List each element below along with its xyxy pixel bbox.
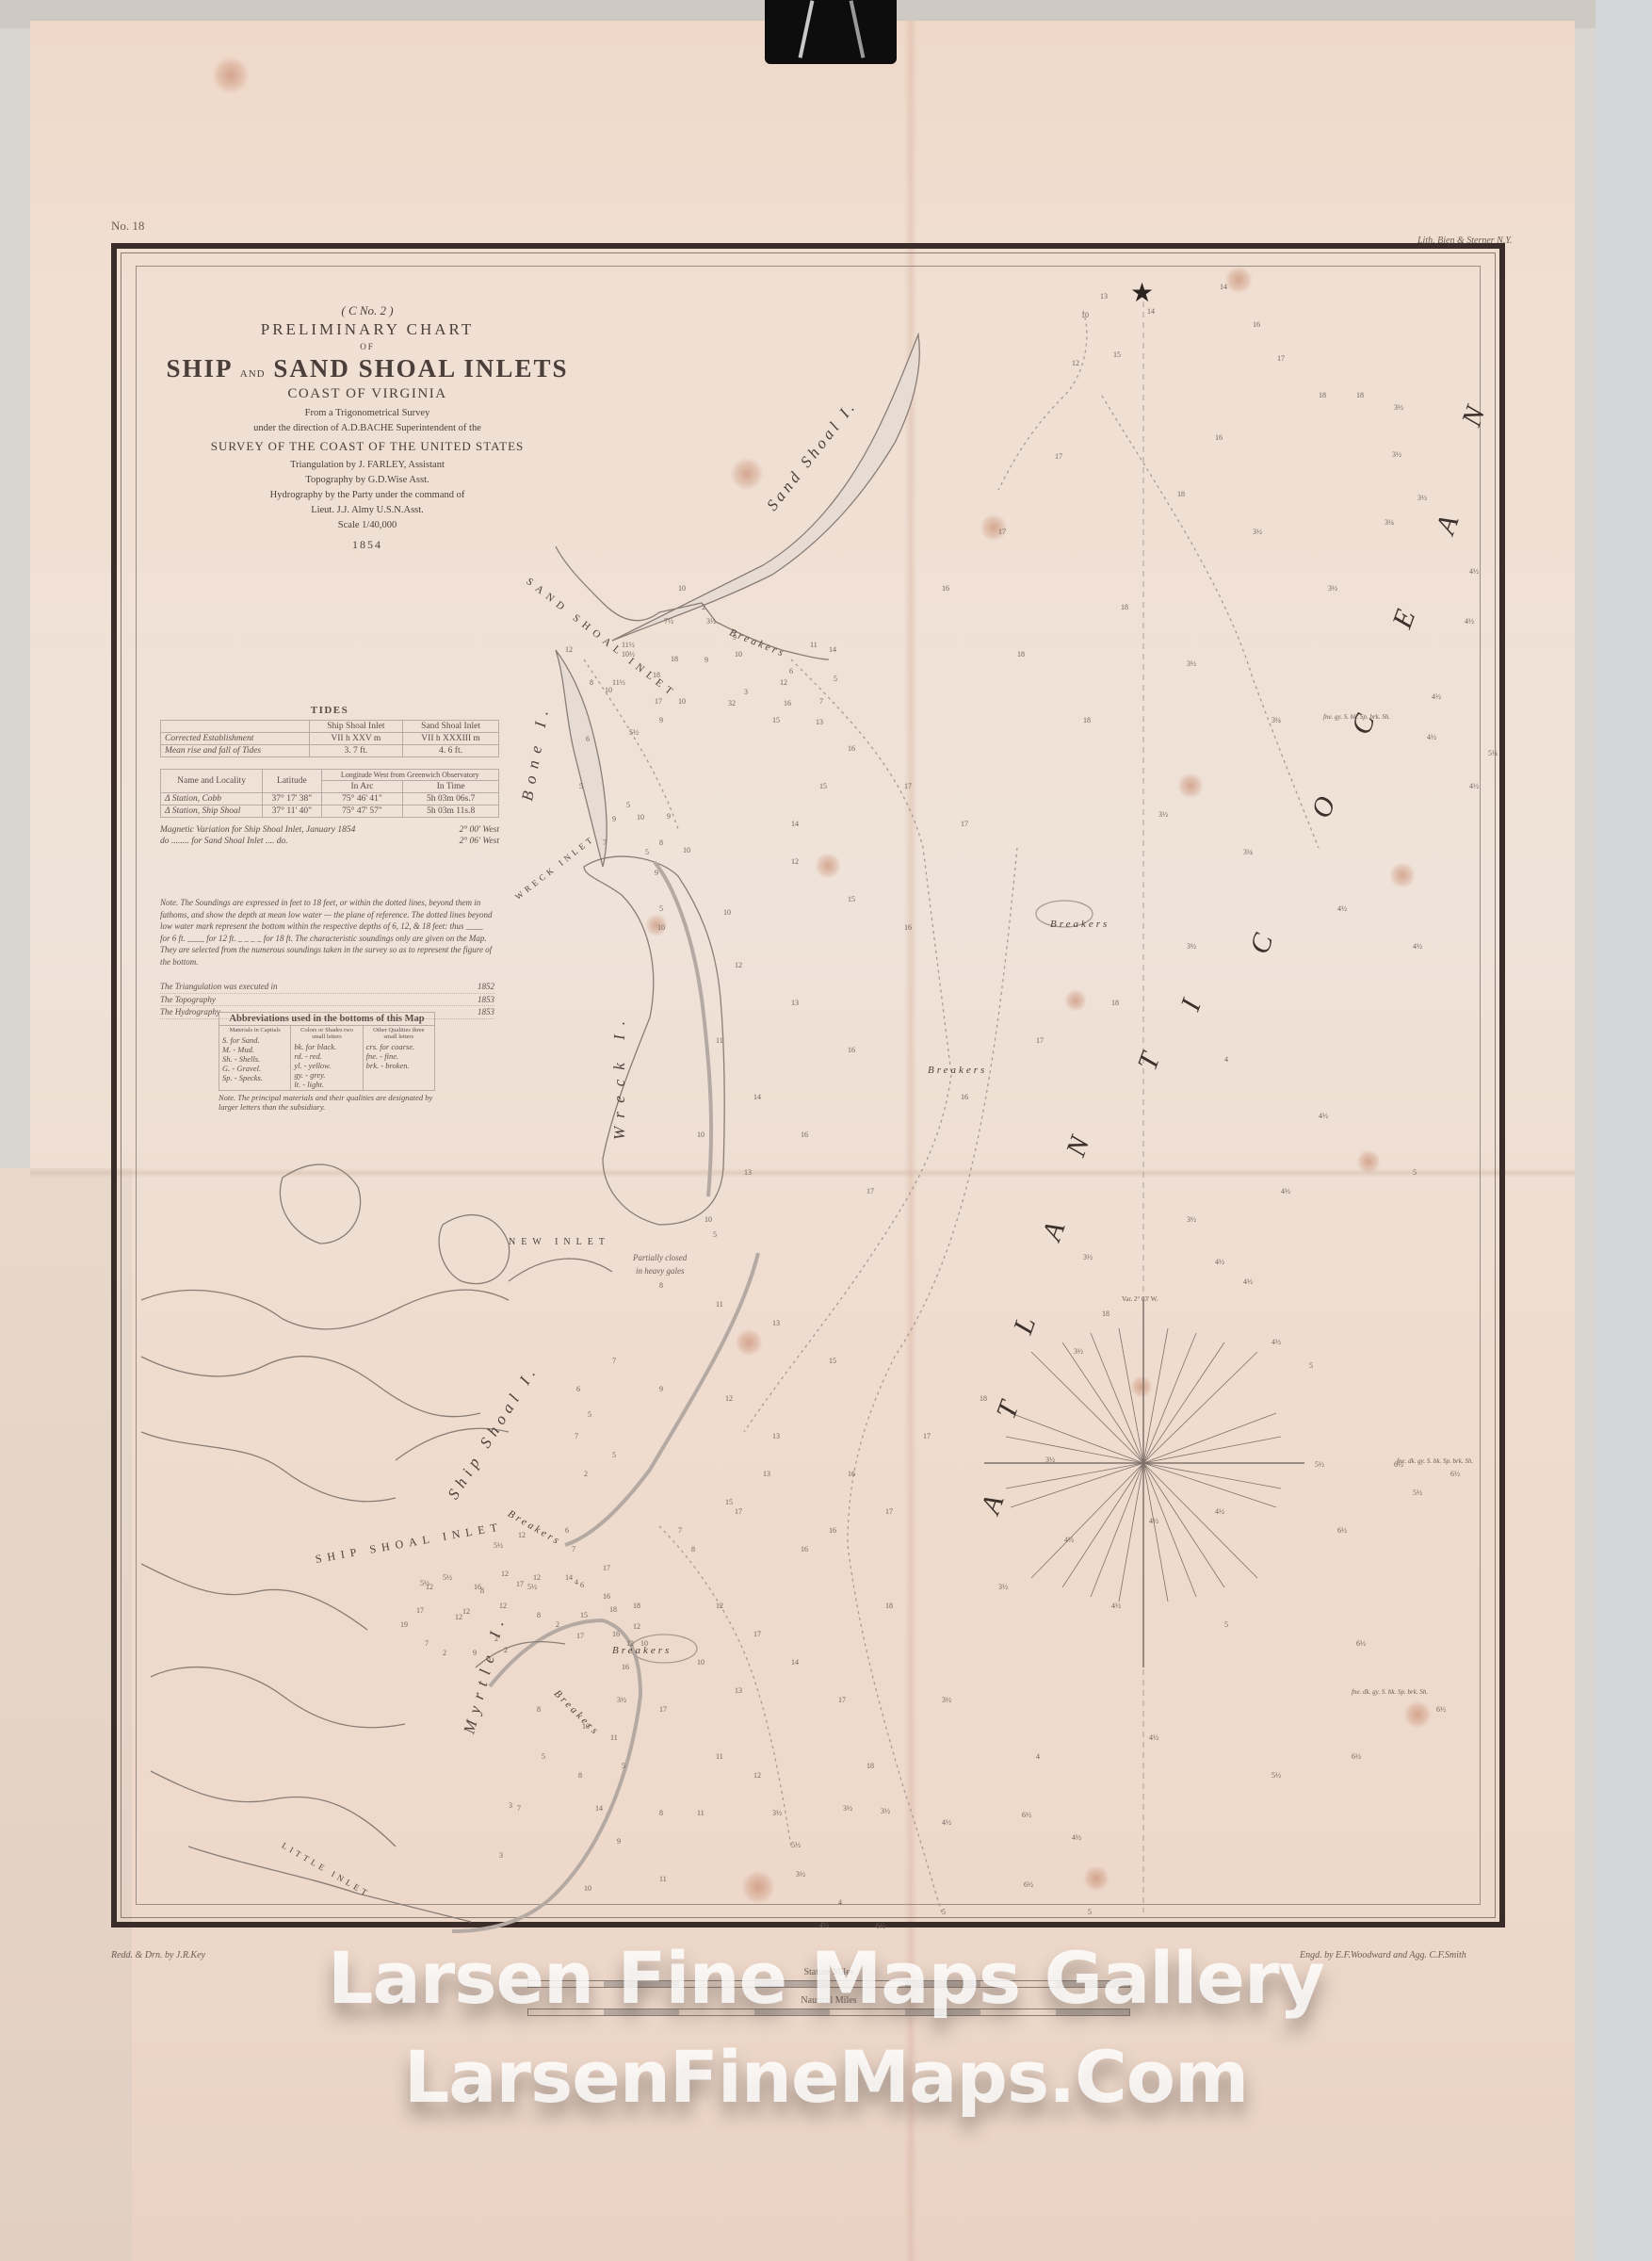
depth-sounding: 5 xyxy=(579,782,583,790)
depth-sounding: 13 xyxy=(744,1168,752,1177)
depth-sounding: 17 xyxy=(576,1632,584,1640)
depth-sounding: 10 xyxy=(683,846,690,854)
depth-sounding: 9 xyxy=(705,656,708,664)
depth-sounding: 18 xyxy=(1319,391,1326,399)
depth-sounding: 4½ xyxy=(1432,692,1441,701)
depth-sounding: 16 xyxy=(829,1526,836,1535)
depth-sounding: 14 xyxy=(829,645,836,654)
depth-sounding: 9 xyxy=(659,1385,663,1393)
depth-sounding: 17 xyxy=(998,528,1006,536)
depth-sounding: 3½ xyxy=(1074,1347,1083,1356)
depth-sounding: 16 xyxy=(622,1663,629,1671)
station-star-icon: ★ xyxy=(1130,277,1154,309)
depth-sounding: 6½ xyxy=(1337,1526,1347,1535)
depth-sounding: 16 xyxy=(848,1470,855,1478)
depth-sounding: 16 xyxy=(942,584,949,593)
depth-sounding: 3½ xyxy=(881,1807,890,1815)
label-heavy-gales: in heavy gales xyxy=(636,1266,684,1276)
depth-sounding: 4½ xyxy=(1465,617,1474,626)
depth-sounding: 16 xyxy=(612,1630,620,1638)
depth-sounding: 11 xyxy=(659,1875,667,1883)
depth-sounding: 13 xyxy=(772,1319,780,1327)
depth-sounding: 11 xyxy=(716,1036,723,1045)
depth-sounding: 14 xyxy=(791,820,799,828)
depth-sounding: 4 xyxy=(838,1898,842,1907)
depth-sounding: 4½ xyxy=(1271,1338,1281,1346)
depth-sounding: 11½ xyxy=(622,641,635,649)
abbreviations-table: Abbreviations used in the bottoms of thi… xyxy=(219,1012,435,1112)
depth-sounding: 8 xyxy=(659,838,663,847)
depth-sounding: 17 xyxy=(904,782,912,790)
depth-sounding: 12 xyxy=(1072,359,1079,367)
depth-sounding: 18 xyxy=(980,1394,987,1403)
abbreviations-colors: Colors or Shades two small letters bk. f… xyxy=(291,1026,363,1090)
depth-sounding: 6½ xyxy=(1450,1470,1460,1478)
depth-sounding: 13 xyxy=(791,999,799,1007)
depth-sounding: 4½ xyxy=(1413,942,1422,951)
chart-title-part-a: SHIP xyxy=(167,354,233,382)
watermark-gallery-name: Larsen Fine Maps Gallery xyxy=(0,1936,1652,2020)
depth-sounding: 8 xyxy=(590,678,593,687)
depth-sounding: 13 xyxy=(763,1470,770,1478)
depth-sounding: 5½ xyxy=(494,1541,503,1550)
label-breakers: Breakers xyxy=(928,1065,987,1076)
depth-sounding: 10 xyxy=(678,697,686,706)
depth-sounding: 5¼ xyxy=(1488,749,1498,757)
depth-sounding: 3½ xyxy=(796,1870,805,1879)
depth-sounding: 11½ xyxy=(612,678,625,687)
stations-col-latitude: Latitude xyxy=(263,770,321,793)
depth-sounding: 5 xyxy=(542,1752,545,1761)
depth-sounding: 7 xyxy=(612,1357,616,1365)
depth-sounding: 15 xyxy=(580,1611,588,1619)
depth-sounding: 6 xyxy=(576,1385,580,1393)
depth-sounding: 17 xyxy=(838,1696,846,1704)
depth-sounding: 8 xyxy=(537,1705,541,1714)
depth-sounding: 16 xyxy=(801,1130,808,1139)
depth-sounding: 4½ xyxy=(1149,1733,1158,1742)
depth-sounding: 6½ xyxy=(1436,1705,1446,1714)
depth-sounding: 16 xyxy=(848,744,855,753)
depth-sounding: 18 xyxy=(866,1762,874,1770)
depth-sounding: 8 xyxy=(691,1545,695,1553)
stations-col-time: In Time xyxy=(403,781,499,793)
label-wreck-island: Wreck I. xyxy=(610,1012,629,1140)
depth-sounding: 3½ xyxy=(998,1583,1008,1591)
depth-sounding: 4½ xyxy=(1149,1517,1158,1525)
depth-sounding: 5½ xyxy=(1413,1488,1422,1497)
depth-sounding: 13 xyxy=(816,718,823,726)
table-row: Δ Station, Ship Shoal 37° 11' 40" 75° 47… xyxy=(161,805,499,818)
depth-sounding: 6½ xyxy=(1024,1880,1033,1889)
depth-sounding: 32 xyxy=(728,699,736,708)
label-bottom-quality: fne. dk. gy. S. bk. Sp. brk. Sh. xyxy=(1397,1457,1473,1465)
depth-sounding: 15 xyxy=(829,1357,836,1365)
depth-sounding: 6 xyxy=(789,667,793,675)
depth-sounding: 5½ xyxy=(527,1583,537,1591)
depth-sounding: 17 xyxy=(416,1606,424,1615)
depth-sounding: 8 xyxy=(578,1771,582,1780)
depth-sounding: 16 xyxy=(603,1592,610,1601)
depth-sounding: 7 xyxy=(572,1545,575,1553)
depth-sounding: 5 xyxy=(834,675,837,683)
depth-sounding: 13 xyxy=(1100,292,1108,301)
depth-sounding: 16 xyxy=(848,1046,855,1054)
survey-date-row: The Topography1853 xyxy=(160,994,494,1007)
depth-sounding: 17 xyxy=(655,697,662,706)
depth-sounding: 3½ xyxy=(1394,403,1403,412)
depth-sounding: 6 xyxy=(565,1526,569,1535)
depth-sounding: 3½ xyxy=(843,1804,852,1813)
depth-sounding: 12 xyxy=(455,1613,462,1621)
depth-sounding: 12 xyxy=(565,645,573,654)
depth-sounding: 3½ xyxy=(1158,810,1168,819)
depth-sounding: 12 xyxy=(426,1583,433,1591)
tides-establishment-table: Ship Shoal Inlet Sand Shoal Inlet Correc… xyxy=(160,720,499,757)
topography-credit: Topography by G.D.Wise Asst. xyxy=(151,475,584,485)
depth-sounding: 15 xyxy=(848,895,855,903)
title-of: OF xyxy=(151,342,584,351)
depth-sounding: 6½ xyxy=(1356,1639,1366,1648)
depth-sounding: 17 xyxy=(923,1432,931,1440)
depth-sounding: 11 xyxy=(716,1300,723,1309)
label-partially-closed: Partially closed xyxy=(633,1253,687,1262)
label-breakers: Breakers xyxy=(1050,919,1109,930)
depth-sounding: 15 xyxy=(819,782,827,790)
depth-sounding: 14 xyxy=(1220,283,1227,291)
depth-sounding: 3½ xyxy=(1187,659,1196,668)
tides-col-sand: Sand Shoal Inlet xyxy=(403,721,499,733)
depth-sounding: 3 xyxy=(499,1851,503,1860)
depth-sounding: 7 xyxy=(603,838,607,847)
watermark-website: LarsenFineMaps.Com xyxy=(0,2035,1652,2119)
depth-sounding: 17 xyxy=(1055,452,1062,461)
depth-sounding: 18 xyxy=(1177,490,1185,498)
table-row: Δ Station, Cobb 37° 17' 38" 75° 46' 41" … xyxy=(161,793,499,805)
depth-sounding: 5 xyxy=(1224,1620,1228,1629)
depth-sounding: 5 xyxy=(1413,1168,1417,1177)
depth-sounding: 18 xyxy=(1111,999,1119,1007)
depth-sounding: 11 xyxy=(697,1809,705,1817)
magnetic-variation-row: Magnetic Variation for Ship Shoal Inlet,… xyxy=(160,825,499,835)
depth-sounding: 10 xyxy=(723,908,731,917)
chart-title: SHIP AND SAND SHOAL INLETS xyxy=(151,354,584,383)
depth-sounding: 14 xyxy=(1147,307,1155,316)
survey-direction: under the direction of A.D.BACHE Superin… xyxy=(151,423,584,433)
depth-sounding: 18 xyxy=(1102,1309,1109,1318)
depth-sounding: 2 xyxy=(494,1635,498,1643)
depth-sounding: 5½ xyxy=(443,1573,452,1582)
depth-sounding: 4½ xyxy=(1215,1258,1224,1266)
depth-sounding: 16 xyxy=(1253,320,1260,329)
depth-sounding: 2 xyxy=(702,603,705,611)
tides-heading: TIDES xyxy=(160,705,499,716)
depth-sounding: 3½ xyxy=(1083,1253,1093,1261)
depth-sounding: 3½ xyxy=(772,1809,782,1817)
depth-sounding: 5½ xyxy=(791,1841,801,1849)
depth-sounding: 4½ xyxy=(1215,1507,1224,1516)
depth-sounding: 16 xyxy=(1215,433,1223,442)
depth-sounding: 6 xyxy=(586,735,590,743)
depth-sounding: 10 xyxy=(735,650,742,659)
depth-sounding: 11 xyxy=(810,641,818,649)
soundings-note: Note. The Soundings are expressed in fee… xyxy=(160,897,494,1019)
tides-table: TIDES Ship Shoal Inlet Sand Shoal Inlet … xyxy=(160,705,499,846)
depth-sounding: 15 xyxy=(725,1498,733,1506)
depth-sounding: 15 xyxy=(772,716,780,724)
depth-sounding: 7½ xyxy=(664,617,673,626)
depth-sounding: 12 xyxy=(462,1607,470,1616)
depth-sounding: 3½ xyxy=(617,1696,626,1704)
depth-sounding: 5 xyxy=(659,904,663,913)
depth-sounding: 9 xyxy=(612,815,616,823)
depth-sounding: 13 xyxy=(772,1432,780,1440)
label-magnetic-variation: Var. 2° 03' W. xyxy=(1122,1295,1158,1303)
depth-sounding: 17 xyxy=(735,1507,742,1516)
depth-sounding: 2 xyxy=(504,1646,508,1654)
depth-sounding: 3½ xyxy=(1328,584,1337,593)
depth-sounding: 3¼ xyxy=(1271,716,1281,724)
depth-sounding: 8 xyxy=(659,1809,663,1817)
label-new-inlet: NEW INLET xyxy=(509,1237,610,1247)
depth-sounding: 5 xyxy=(622,1762,625,1770)
depth-sounding: 17 xyxy=(516,1580,524,1588)
depth-sounding: 12 xyxy=(735,961,742,969)
abbreviations-footnote: Note. The principal materials and their … xyxy=(219,1093,435,1112)
label-bottom-quality: fne. dk. gy. S. bk. Sp. brk. Sh. xyxy=(1352,1688,1428,1696)
survey-name: SURVEY OF THE COAST OF THE UNITED STATES xyxy=(151,439,584,454)
stations-col-arc: In Arc xyxy=(321,781,403,793)
depth-sounding: 3½ xyxy=(1417,494,1427,502)
depth-sounding: 12 xyxy=(518,1531,526,1539)
depth-sounding: 10 xyxy=(582,1722,590,1731)
depth-sounding: 19 xyxy=(400,1620,408,1629)
depth-sounding: 17 xyxy=(753,1630,761,1638)
depth-sounding: 14 xyxy=(565,1573,573,1582)
depth-sounding: 3¼ xyxy=(1385,518,1394,527)
depth-sounding: 5 xyxy=(588,1410,591,1419)
depth-sounding: 4½ xyxy=(1281,1187,1290,1196)
depth-sounding: 7 xyxy=(819,697,823,706)
depth-sounding: 7 xyxy=(575,1432,578,1440)
depth-sounding: 9 xyxy=(667,812,671,821)
stations-col-name: Name and Locality xyxy=(161,770,263,793)
hydrography-credit: Hydrography by the Party under the comma… xyxy=(151,490,584,500)
depth-sounding: 4½ xyxy=(1072,1833,1081,1842)
title-cartouche: ( C No. 2 ) PRELIMINARY CHART OF SHIP AN… xyxy=(151,303,584,552)
depth-sounding: 12 xyxy=(499,1602,507,1610)
depth-sounding: 18 xyxy=(1017,650,1025,659)
depth-sounding: 12 xyxy=(533,1573,541,1582)
table-row: Mean rise and fall of Tides 3. 7 ft. 4. … xyxy=(161,745,499,757)
depth-sounding: 4½ xyxy=(1064,1536,1074,1544)
depth-sounding: 10 xyxy=(637,813,644,821)
depth-sounding: 10 xyxy=(657,923,665,932)
depth-sounding: 2 xyxy=(443,1649,446,1657)
depth-sounding: 12 xyxy=(501,1570,509,1578)
compass-rose xyxy=(984,301,1304,1912)
tides-blank-header xyxy=(161,721,310,733)
depth-sounding: 5 xyxy=(942,1908,946,1916)
depth-sounding: 4½ xyxy=(1337,904,1347,913)
depth-sounding: 2 xyxy=(584,1470,588,1478)
depth-sounding: 3½ xyxy=(1045,1456,1055,1464)
depth-sounding: 10 xyxy=(678,584,686,593)
depth-sounding: 3½ xyxy=(942,1696,951,1704)
depth-sounding: 4½ xyxy=(1111,1602,1121,1610)
triangulation-credit: Triangulation by J. FARLEY, Assistant xyxy=(151,460,584,470)
depth-sounding: 9 xyxy=(733,633,737,642)
depth-sounding: 3¼ xyxy=(1243,848,1253,856)
depth-sounding: 5 xyxy=(1088,1908,1092,1916)
depth-sounding: 3½ xyxy=(1187,1215,1196,1224)
depth-sounding: 4 xyxy=(1224,1055,1228,1064)
depth-sounding: 3½ xyxy=(1392,450,1401,459)
depth-sounding: 7 xyxy=(425,1639,429,1648)
depth-sounding: 14 xyxy=(595,1804,603,1813)
depth-sounding: 10½ xyxy=(622,650,635,659)
depth-sounding: 9 xyxy=(617,1837,621,1846)
depth-sounding: 7 xyxy=(678,1526,682,1535)
survey-date-row: The Triangulation was executed in1852 xyxy=(160,981,494,994)
depth-sounding: 8 xyxy=(537,1611,541,1619)
depth-sounding: 4½ xyxy=(1427,733,1436,741)
commander-credit: Lieut. J.J. Almy U.S.N.Asst. xyxy=(151,505,584,515)
depth-sounding: 4½ xyxy=(1243,1277,1253,1286)
depth-sounding: 10 xyxy=(584,1884,591,1893)
depth-sounding: 16 xyxy=(961,1093,968,1101)
depth-sounding: 5½ xyxy=(629,728,639,737)
depth-sounding: 18 xyxy=(1121,603,1128,611)
depth-sounding: 18 xyxy=(1083,716,1091,724)
depth-sounding: 8 xyxy=(480,1586,484,1595)
depth-sounding: 10 xyxy=(1081,311,1089,319)
depth-sounding: 9 xyxy=(659,716,663,724)
depth-sounding: 17 xyxy=(1277,354,1285,363)
depth-sounding: 18 xyxy=(609,1605,617,1614)
abbreviations-materials: Materials in Capitals S. for Sand. M. - … xyxy=(219,1026,291,1090)
table-row: Corrected Establishment VII h XXV m VII … xyxy=(161,733,499,745)
depth-sounding: 13 xyxy=(735,1686,742,1695)
depth-sounding: 3½ xyxy=(1253,528,1262,536)
depth-sounding: 15 xyxy=(1113,350,1121,359)
depth-sounding: 16 xyxy=(784,699,791,708)
depth-sounding: 10 xyxy=(605,686,612,694)
depth-sounding: 4½ xyxy=(1469,567,1479,576)
depth-sounding: 12 xyxy=(626,1639,634,1648)
depth-sounding: 10 xyxy=(640,1639,648,1648)
depth-sounding: 6½ xyxy=(1394,1460,1403,1469)
depth-sounding: 12 xyxy=(791,857,799,866)
depth-sounding: 14 xyxy=(791,1658,799,1667)
depth-sounding: 3 xyxy=(744,688,748,696)
depth-sounding: 4½ xyxy=(1469,782,1479,790)
depth-sounding: 12 xyxy=(780,678,787,687)
depth-sounding: 18 xyxy=(1356,391,1364,399)
depth-sounding: 11 xyxy=(610,1733,618,1742)
scale-ratio: Scale 1/40,000 xyxy=(151,520,584,530)
chart-year: 1854 xyxy=(151,538,584,552)
depth-sounding: 8 xyxy=(659,1281,663,1290)
depth-sounding: 5 xyxy=(626,801,630,809)
depth-sounding: 17 xyxy=(603,1564,610,1572)
depth-sounding: 6½ xyxy=(876,1922,885,1930)
depth-sounding: 7 xyxy=(517,1804,521,1813)
depth-sounding: 17 xyxy=(866,1187,874,1196)
depth-sounding: 10 xyxy=(705,1215,712,1224)
depth-sounding: 10 xyxy=(697,1658,705,1667)
depth-sounding: 6 xyxy=(580,1581,584,1589)
depth-sounding: 12 xyxy=(716,1602,723,1610)
depth-sounding: 18 xyxy=(633,1602,640,1610)
depth-sounding: 14 xyxy=(753,1093,761,1101)
depth-sounding: 5 xyxy=(612,1451,616,1459)
chart-title-part-b: SAND SHOAL INLETS xyxy=(273,354,568,382)
depth-sounding: 3½ xyxy=(706,617,716,626)
chart-title-and: AND xyxy=(240,368,266,380)
depth-sounding: 10 xyxy=(697,1130,705,1139)
depth-sounding: 5½ xyxy=(1271,1771,1281,1780)
depth-sounding: 17 xyxy=(961,820,968,828)
depth-sounding: 4 xyxy=(1036,1752,1040,1761)
depth-sounding: 11 xyxy=(716,1752,723,1761)
depth-sounding: 17 xyxy=(1036,1036,1044,1045)
depth-sounding: 17 xyxy=(885,1507,893,1516)
stations-table: Name and Locality Latitude Longitude Wes… xyxy=(160,769,499,818)
depth-sounding: 12 xyxy=(633,1622,640,1631)
depth-sounding: 12 xyxy=(725,1394,733,1403)
preliminary-chart-label: PRELIMINARY CHART xyxy=(151,320,584,339)
depth-sounding: 4½ xyxy=(942,1818,951,1827)
depth-sounding: 9 xyxy=(473,1649,477,1657)
survey-source: From a Trigonometrical Survey xyxy=(151,408,584,418)
chart-subtitle: COAST OF VIRGINIA xyxy=(151,386,584,402)
tides-col-ship: Ship Shoal Inlet xyxy=(309,721,403,733)
depth-sounding: 5 xyxy=(645,848,649,856)
depth-sounding: 4½ xyxy=(819,1921,829,1929)
depth-sounding: 18 xyxy=(653,671,660,679)
depth-sounding: 5 xyxy=(713,1230,717,1239)
depth-sounding: 16 xyxy=(904,923,912,932)
magnetic-variation-row: do ........ for Sand Shoal Inlet .... do… xyxy=(160,837,499,846)
abbreviations-heading: Abbreviations used in the bottoms of thi… xyxy=(219,1012,435,1026)
abbreviations-qualities: Other Qualities three small letters crs.… xyxy=(364,1026,434,1090)
depth-sounding: 3½ xyxy=(1187,942,1196,951)
depth-sounding: 16 xyxy=(801,1545,808,1553)
depth-sounding: 4 xyxy=(575,1578,578,1586)
soundings-note-text: Note. The Soundings are expressed in fee… xyxy=(160,897,494,968)
depth-sounding: 4½ xyxy=(1319,1112,1328,1120)
depth-sounding: 6½ xyxy=(1352,1752,1361,1761)
series-number: ( C No. 2 ) xyxy=(151,303,584,318)
stations-col-longitude: Longitude West from Greenwich Observator… xyxy=(321,770,498,781)
depth-sounding: 9 xyxy=(655,869,658,877)
depth-sounding: 12 xyxy=(753,1771,761,1780)
depth-sounding: 5½ xyxy=(1315,1460,1324,1469)
depth-sounding: 2 xyxy=(556,1620,559,1629)
depth-sounding: 6½ xyxy=(1022,1811,1031,1819)
depth-sounding: 5 xyxy=(1309,1361,1313,1370)
depth-sounding: 18 xyxy=(671,655,678,663)
depth-sounding: 18 xyxy=(885,1602,893,1610)
depth-sounding: 17 xyxy=(659,1705,667,1714)
depth-sounding: 3 xyxy=(509,1801,512,1810)
